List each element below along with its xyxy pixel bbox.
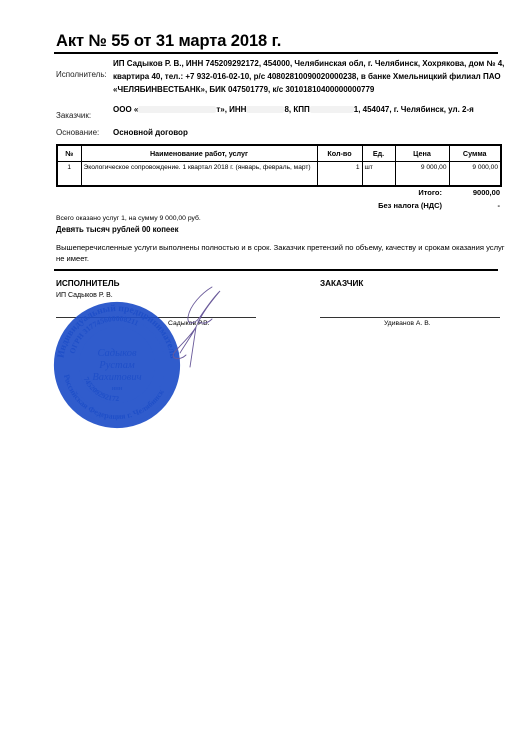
cell-sum: 9 000,00 xyxy=(449,162,501,187)
cell-name: Экологическое сопровождение. 1 квартал 2… xyxy=(81,162,317,187)
col-header-price: Цена xyxy=(395,145,449,162)
customer-label: Заказчик: xyxy=(56,111,91,120)
customer-signature-line xyxy=(320,317,500,318)
table-row: 1 Экологическое сопровождение. 1 квартал… xyxy=(57,162,501,187)
basis-value: Основной договор xyxy=(113,128,188,137)
redacted-block xyxy=(310,106,354,113)
col-header-qty: Кол-во xyxy=(317,145,362,162)
total-label: Итого: xyxy=(418,188,442,197)
basis-label: Основание: xyxy=(56,128,99,137)
svg-text:Рустам: Рустам xyxy=(98,360,135,371)
svg-text:Вахитович: Вахитович xyxy=(92,372,141,383)
executor-label: Исполнитель: xyxy=(56,70,107,79)
redacted-block xyxy=(138,106,216,113)
col-header-num: № xyxy=(57,145,81,162)
redacted-block xyxy=(246,106,284,113)
summary-words: Девять тысяч рублей 00 копеек xyxy=(56,225,179,234)
executor-name: ИП Садыков Р. В. xyxy=(56,292,113,299)
section-divider xyxy=(54,269,498,271)
summary-line: Всего оказано услуг 1, на сумму 9 000,00… xyxy=(56,215,201,222)
customer-details: ООО «т», ИНН8, КПП1, 454047, г. Челябинс… xyxy=(113,103,505,116)
total-value: 9000,00 xyxy=(473,188,500,197)
handwritten-signature xyxy=(150,283,240,368)
cell-price: 9 000,00 xyxy=(395,162,449,187)
cell-num: 1 xyxy=(57,162,81,187)
customer-part-2: т», ИНН xyxy=(216,105,246,114)
customer-signed-name: Удиванов А. В. xyxy=(384,320,431,327)
vat-label: Без налога (НДС) xyxy=(378,201,442,210)
customer-part-1: ООО « xyxy=(113,105,138,114)
document-title: Акт № 55 от 31 марта 2018 г. xyxy=(56,32,281,51)
table-header-row: № Наименование работ, услуг Кол-во Ед. Ц… xyxy=(57,145,501,162)
col-header-name: Наименование работ, услуг xyxy=(81,145,317,162)
title-divider xyxy=(54,52,498,54)
customer-part-4: 1, 454047, г. Челябинск, ул. 2-я xyxy=(354,105,474,114)
services-table: № Наименование работ, услуг Кол-во Ед. Ц… xyxy=(56,144,502,187)
cell-qty: 1 xyxy=(317,162,362,187)
acceptance-statement: Вышеперечисленные услуги выполнены полно… xyxy=(56,242,511,264)
svg-text:Садыков: Садыков xyxy=(97,348,137,359)
col-header-sum: Сумма xyxy=(449,145,501,162)
vat-value: - xyxy=(498,201,501,210)
svg-text:ИНН: ИНН xyxy=(112,386,123,391)
executor-details: ИП Садыков Р. В., ИНН 745209292172, 4540… xyxy=(113,57,505,96)
customer-heading: ЗАКАЗЧИК xyxy=(320,279,363,288)
col-header-unit: Ед. xyxy=(362,145,395,162)
cell-unit: шт xyxy=(362,162,395,187)
executor-heading: ИСПОЛНИТЕЛЬ xyxy=(56,279,119,288)
customer-part-3: 8, КПП xyxy=(284,105,309,114)
